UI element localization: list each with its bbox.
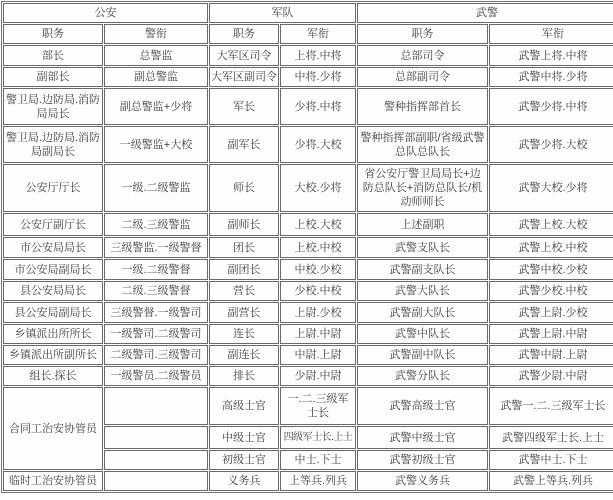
table-cell — [104, 387, 208, 425]
table-cell: 中将.少将 — [280, 67, 356, 87]
table-cell: 二级.三级警督 — [104, 281, 208, 301]
table-cell: 武警上尉.中尉 — [489, 324, 613, 344]
table-cell: 初级士官 — [209, 450, 279, 470]
column-header: 职务 — [357, 24, 488, 44]
table-cell: 合同工治安协管员 — [3, 387, 103, 470]
table-cell: 二级.三级警监 — [104, 213, 208, 236]
table-row: 警卫局.边防局.消防局局长副总警监+少将军长少将.中将警种指挥部首长武警少将.中… — [3, 88, 613, 125]
table-cell: 副总警监 — [104, 67, 208, 87]
table-cell: 中尉.上尉 — [280, 345, 356, 365]
table-cell: 上校.大校 — [280, 213, 356, 236]
table-cell: 武警上校.中校 — [489, 237, 613, 258]
table-cell: 一级.二级警督 — [104, 259, 208, 280]
table-row: 警卫局.边防局.消防局副局长一级警监+大校副军长少将.大校警种指挥部副职/省级武… — [3, 126, 613, 163]
table-cell: 武警支队长 — [357, 237, 488, 258]
table-cell: 师长 — [209, 164, 279, 212]
table-cell: 警种指挥部首长 — [357, 88, 488, 125]
table-row: 公安厅副厅长二级.三级警监副师长上校.大校上述副职武警上校.大校 — [3, 213, 613, 236]
table-cell: 武警少尉.中尉 — [489, 366, 613, 386]
table-cell: 武警大校.少将 — [489, 164, 613, 212]
group-header: 武警 — [357, 3, 613, 23]
table-cell: 武警少将.中将 — [489, 88, 613, 125]
table-row: 临时工治安协管员义务兵上等兵.列兵武警义务兵武警上等兵.列兵 — [3, 471, 613, 491]
table-cell: 上述副职 — [357, 213, 488, 236]
table-row: 合同工治安协管员高级士官一.二.三级军士长武警高级士官武警一.二.三级军士长 — [3, 387, 613, 425]
table-cell: 武警分队长 — [357, 366, 488, 386]
page: 公安军队武警职务警衔职务军衔职务军衔 部长总警监大军区司令上将.中将总部司令武警… — [0, 0, 613, 500]
group-header: 公安 — [3, 3, 208, 23]
table-cell: 武警中尉.上尉 — [489, 345, 613, 365]
table-cell: 市公安局局长 — [3, 237, 103, 258]
table-row: 公安厅厅长一级.二级警监师长大校.少将省公安厅警卫局局长+边防总队长+消防总队长… — [3, 164, 613, 212]
table-cell: 县公安局副局长 — [3, 302, 103, 323]
table-cell: 武警中队长 — [357, 324, 488, 344]
table-cell — [104, 426, 208, 449]
table-cell: 一级警监+大校 — [104, 126, 208, 163]
table-cell: 三级警监.一级警督 — [104, 237, 208, 258]
table-cell: 临时工治安协管员 — [3, 471, 103, 491]
column-header: 职务 — [3, 24, 103, 44]
table-cell: 武警四级军士长.上士 — [489, 426, 613, 449]
table-cell: 四级军士长.上士 — [280, 426, 356, 449]
group-header: 军队 — [209, 3, 356, 23]
table-cell: 武警副大队长 — [357, 302, 488, 323]
column-header: 军衔 — [280, 24, 356, 44]
table-cell: 武警副支队长 — [357, 259, 488, 280]
table-cell: 一级警员.二级警员 — [104, 366, 208, 386]
table-cell: 上尉.中尉 — [280, 324, 356, 344]
table-cell: 副部长 — [3, 67, 103, 87]
table-cell: 少尉.中尉 — [280, 366, 356, 386]
table-cell: 警卫局.边防局.消防局副局长 — [3, 126, 103, 163]
table-cell: 少校.中校 — [280, 281, 356, 301]
table-cell: 武警中级士官 — [357, 426, 488, 449]
table-cell: 团长 — [209, 237, 279, 258]
table-cell: 大军区司令 — [209, 45, 279, 66]
table-cell: 武警大队长 — [357, 281, 488, 301]
table-cell: 武警上校.大校 — [489, 213, 613, 236]
table-cell: 三级警督.一级警司 — [104, 302, 208, 323]
column-header-row: 职务警衔职务军衔职务军衔 — [3, 24, 613, 44]
table-cell: 一级.二级警监 — [104, 164, 208, 212]
table-cell: 副连长 — [209, 345, 279, 365]
table-cell: 副团长 — [209, 259, 279, 280]
table-cell — [104, 450, 208, 470]
group-header-row: 公安军队武警 — [3, 3, 613, 23]
table-cell: 公安厅厅长 — [3, 164, 103, 212]
table-cell: 副师长 — [209, 213, 279, 236]
table-cell: 武警高级士官 — [357, 387, 488, 425]
table-row: 市公安局局长三级警监.一级警督团长上校.中校武警支队长武警上校.中校 — [3, 237, 613, 258]
table-cell: 上尉.少校 — [280, 302, 356, 323]
table-cell: 省公安厅警卫局局长+边防总队长+消防总队长/机动师师长 — [357, 164, 488, 212]
table-cell: 总警监 — [104, 45, 208, 66]
table-cell: 上等兵.列兵 — [280, 471, 356, 491]
table-cell: 武警少校.中校 — [489, 281, 613, 301]
table-cell — [104, 471, 208, 491]
table-cell: 中校.少校 — [280, 259, 356, 280]
table-cell: 部长 — [3, 45, 103, 66]
table-cell: 副军长 — [209, 126, 279, 163]
table-row: 乡镇派出所副所长二级警司.三级警司副连长中尉.上尉武警副中队长武警中尉.上尉 — [3, 345, 613, 365]
table-cell: 武警中校.少校 — [489, 259, 613, 280]
table-cell: 武警一.二.三级军士长 — [489, 387, 613, 425]
table-cell: 武警上等兵.列兵 — [489, 471, 613, 491]
table-cell: 武警少将.大校 — [489, 126, 613, 163]
table-cell: 上校.中校 — [280, 237, 356, 258]
column-header: 警衔 — [104, 24, 208, 44]
table-row: 县公安局副局长三级警督.一级警司副营长上尉.少校武警副大队长武警上尉.少校 — [3, 302, 613, 323]
table-cell: 排长 — [209, 366, 279, 386]
table-cell: 武警副中队长 — [357, 345, 488, 365]
table-cell: 连长 — [209, 324, 279, 344]
table-row: 组长.探长一级警员.二级警员排长少尉.中尉武警分队长武警少尉.中尉 — [3, 366, 613, 386]
table-row: 乡镇派出所所长一级警司.二级警司连长上尉.中尉武警中队长武警上尉.中尉 — [3, 324, 613, 344]
table-cell: 乡镇派出所所长 — [3, 324, 103, 344]
table-body: 部长总警监大军区司令上将.中将总部司令武警上将.中将副部长副总警监大军区副司令中… — [3, 45, 613, 491]
table-cell: 武警义务兵 — [357, 471, 488, 491]
table-cell: 副总警监+少将 — [104, 88, 208, 125]
table-cell: 武警初级士官 — [357, 450, 488, 470]
column-header: 职务 — [209, 24, 279, 44]
table-cell: 上将.中将 — [280, 45, 356, 66]
table-cell: 警种指挥部副职/省级武警总队总队长 — [357, 126, 488, 163]
table-cell: 少将.大校 — [280, 126, 356, 163]
table-cell: 武警中将.少将 — [489, 67, 613, 87]
table-cell: 武警上尉.少校 — [489, 302, 613, 323]
table-cell: 乡镇派出所副所长 — [3, 345, 103, 365]
table-row: 市公安局副局长一级.二级警督副团长中校.少校武警副支队长武警中校.少校 — [3, 259, 613, 280]
table-cell: 中士.下士 — [280, 450, 356, 470]
table-cell: 少将.中将 — [280, 88, 356, 125]
table-cell: 大军区副司令 — [209, 67, 279, 87]
table-cell: 公安厅副厅长 — [3, 213, 103, 236]
table-cell: 县公安局局长 — [3, 281, 103, 301]
table-row: 县公安局局长二级.三级警督营长少校.中校武警大队长武警少校.中校 — [3, 281, 613, 301]
table-cell: 军长 — [209, 88, 279, 125]
table-cell: 大校.少将 — [280, 164, 356, 212]
table-cell: 市公安局副局长 — [3, 259, 103, 280]
table-cell: 二级警司.三级警司 — [104, 345, 208, 365]
column-header: 军衔 — [489, 24, 613, 44]
table-cell: 一.二.三级军士长 — [280, 387, 356, 425]
table-cell: 营长 — [209, 281, 279, 301]
table-row: 副部长副总警监大军区副司令中将.少将总部副司令武警中将.少将 — [3, 67, 613, 87]
table-cell: 高级士官 — [209, 387, 279, 425]
table-cell: 组长.探长 — [3, 366, 103, 386]
table-cell: 武警上将.中将 — [489, 45, 613, 66]
table-head: 公安军队武警职务警衔职务军衔职务军衔 — [3, 3, 613, 44]
table-cell: 义务兵 — [209, 471, 279, 491]
table-cell: 中级士官 — [209, 426, 279, 449]
table-cell: 副营长 — [209, 302, 279, 323]
rank-comparison-table: 公安军队武警职务警衔职务军衔职务军衔 部长总警监大军区司令上将.中将总部司令武警… — [1, 1, 613, 493]
table-cell: 武警中士.下士 — [489, 450, 613, 470]
table-cell: 一级警司.二级警司 — [104, 324, 208, 344]
table-cell: 警卫局.边防局.消防局局长 — [3, 88, 103, 125]
table-cell: 总部司令 — [357, 45, 488, 66]
table-cell: 总部副司令 — [357, 67, 488, 87]
table-row: 部长总警监大军区司令上将.中将总部司令武警上将.中将 — [3, 45, 613, 66]
